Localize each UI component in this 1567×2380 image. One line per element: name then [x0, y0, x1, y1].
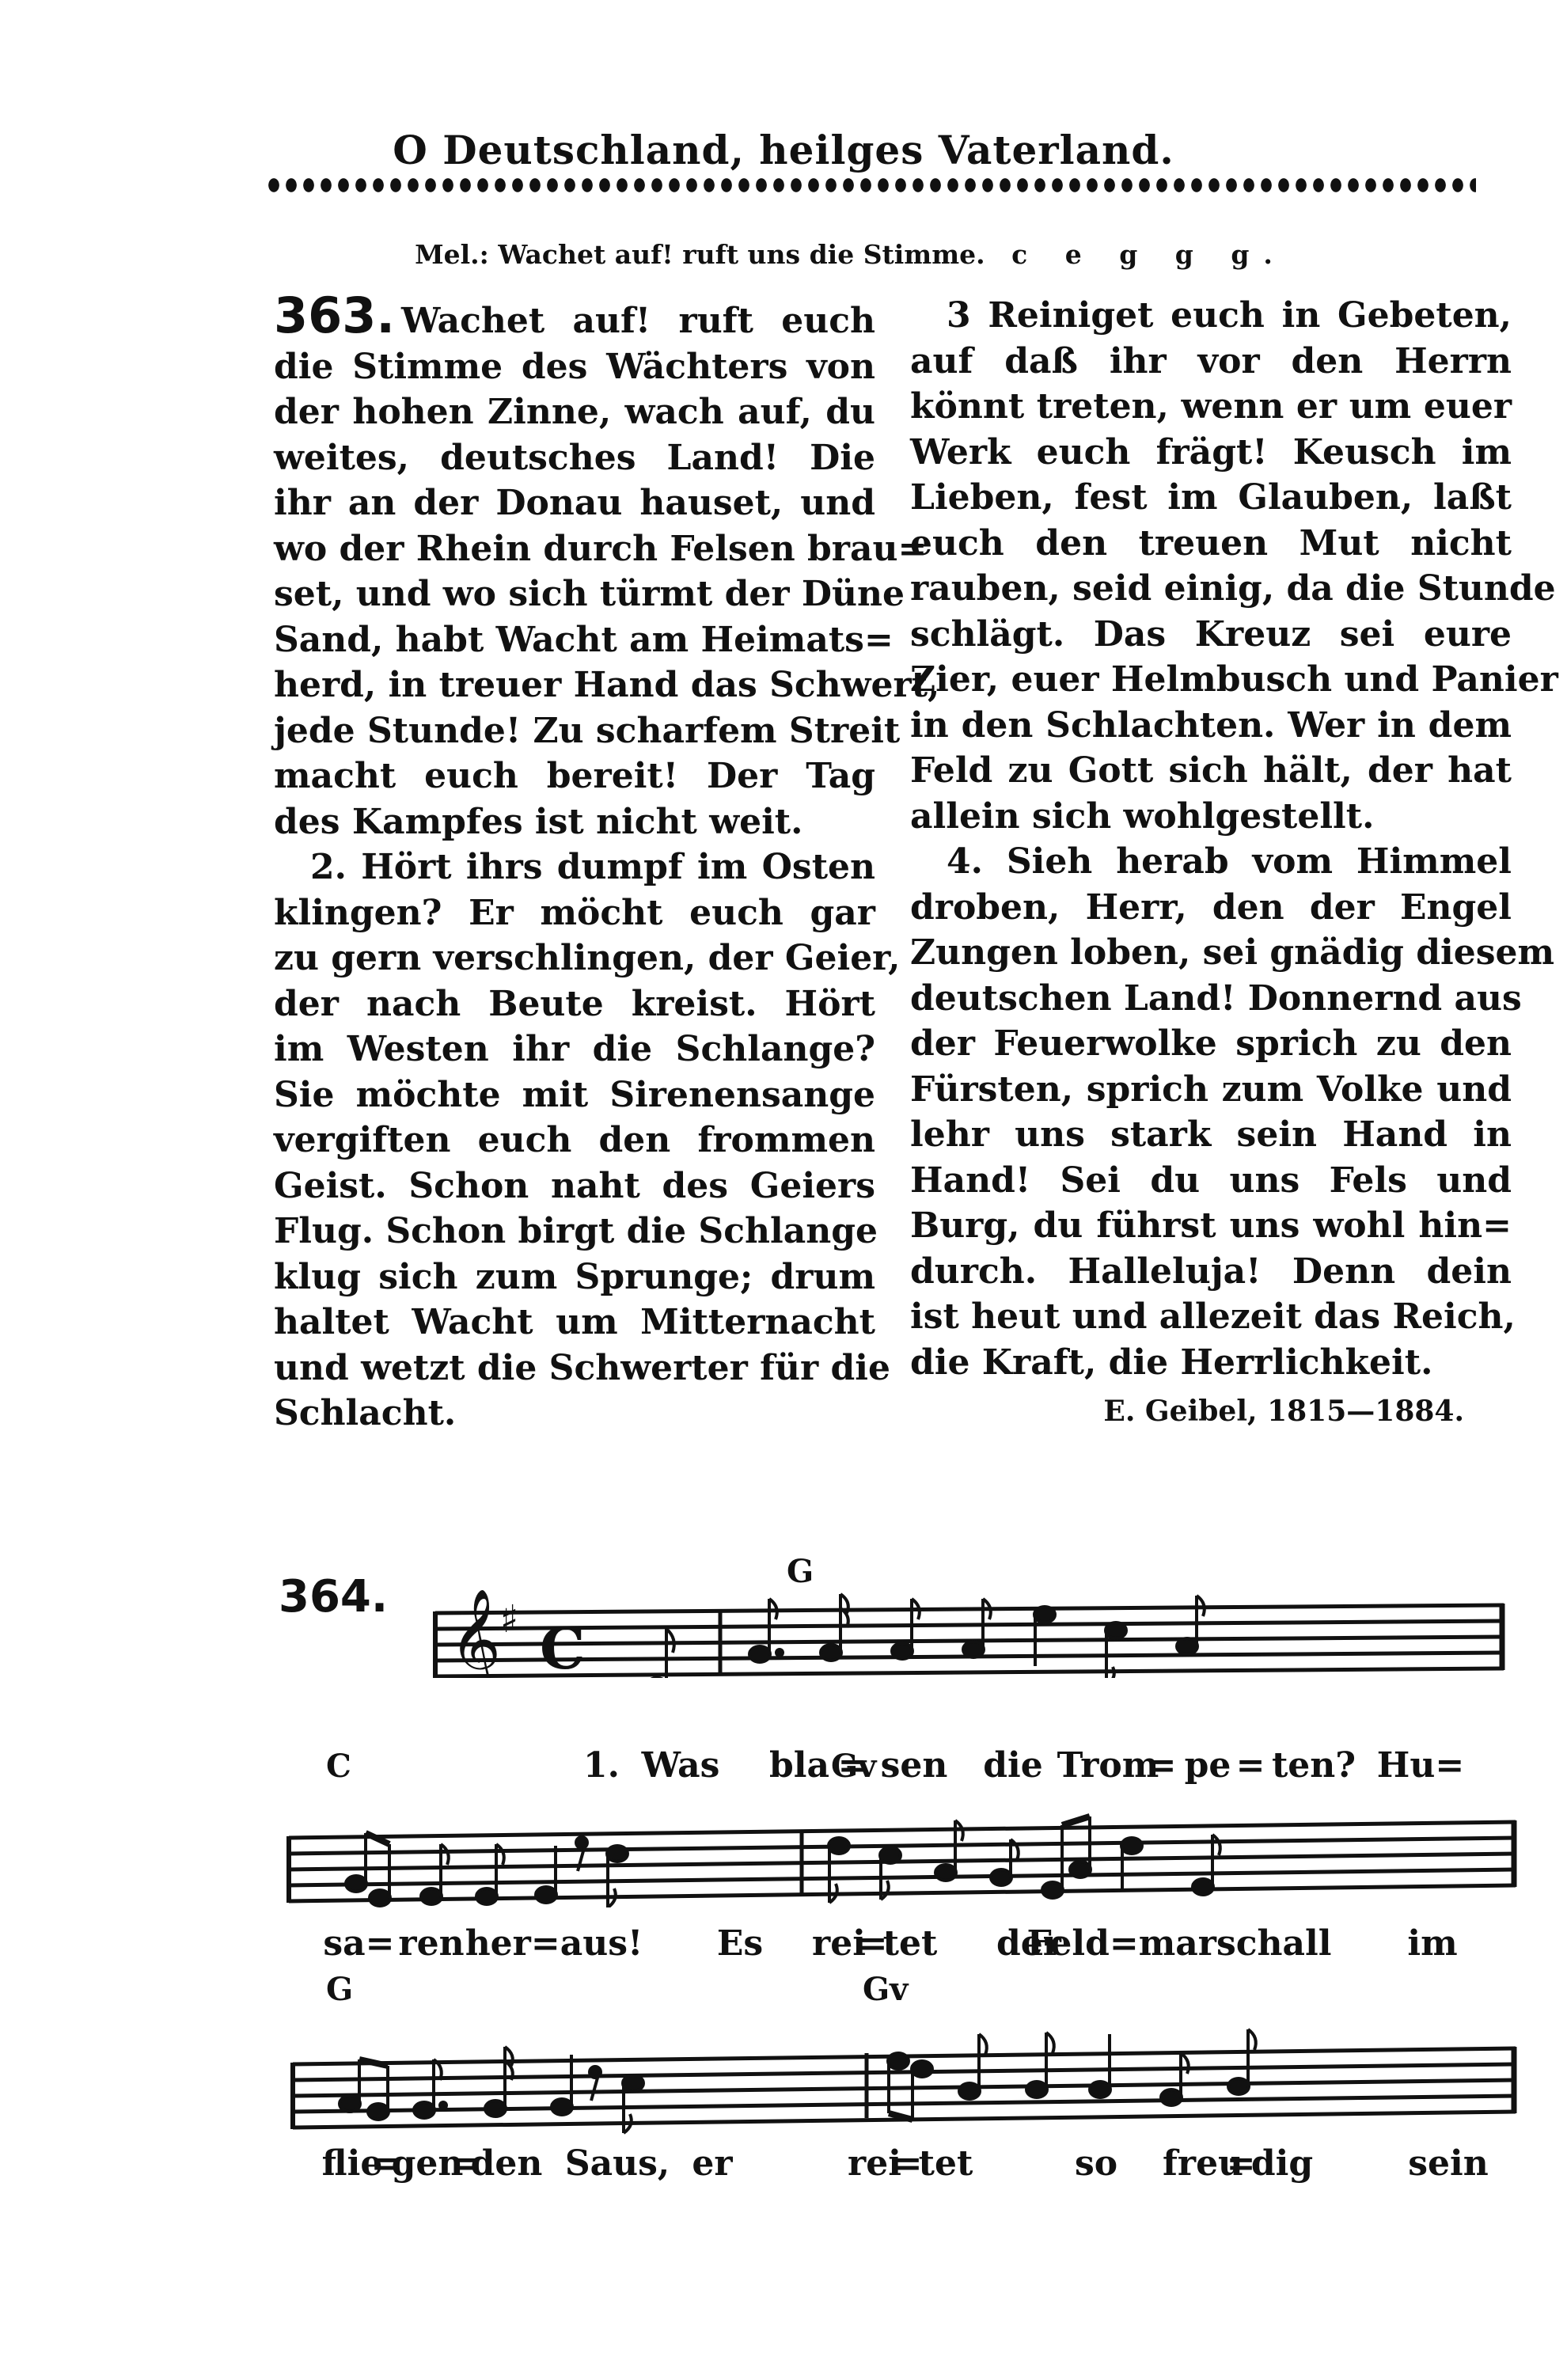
common-time-icon: C	[540, 1615, 585, 1678]
text-line-content: Feld zu Gott sich hält, der hat	[910, 750, 1512, 791]
text-line-content: der Feuerwolke sprich zu den	[910, 1023, 1512, 1064]
lyric-syllable: Was	[642, 1745, 720, 1786]
text-line: herd, in treuer Hand das Schwert,	[274, 662, 875, 708]
text-line-content: schlägt. Das Kreuz sei eure	[910, 614, 1512, 655]
text-line: Sie möchte mit Sirenensange	[274, 1072, 875, 1118]
text-line: Zier, euer Helmbusch und Panier	[910, 657, 1512, 703]
lyric-syllable: Saus,	[565, 2143, 670, 2184]
hymn-363-right-column: 3 Reiniget euch in Gebeten,auf daß ihr v…	[910, 293, 1512, 1385]
text-line: Werk euch frägt! Keusch im	[910, 430, 1512, 476]
music-staff-system-3	[285, 2002, 1527, 2137]
text-line-content: wo der Rhein durch Felsen brau=	[274, 529, 927, 569]
text-line-content: Burg, du führst uns wohl hin=	[910, 1205, 1512, 1246]
lyric-syllable: sen	[881, 1745, 948, 1786]
lyric-syllable: die	[983, 1745, 1042, 1786]
text-line: allein sich wohlgestellt.	[910, 794, 1512, 840]
text-line: 4. Sieh herab vom Himmel	[910, 839, 1512, 885]
text-line: 3 Reiniget euch in Gebeten,	[910, 293, 1512, 339]
chord-symbol: G	[787, 1553, 814, 1590]
text-line: Burg, du führst uns wohl hin=	[910, 1203, 1512, 1249]
text-line: lehr uns stark sein Hand in	[910, 1112, 1512, 1158]
author-credit: E. Geibel, 1815—1884.	[910, 1395, 1464, 1428]
text-line: Geist. Schon naht des Geiers	[274, 1163, 875, 1209]
text-line: klug sich zum Sprunge; drum	[274, 1255, 875, 1300]
lyric-syllable: sein	[1408, 2143, 1488, 2184]
text-line: durch. Halleluja! Denn dein	[910, 1249, 1512, 1295]
text-line: macht euch bereit! Der Tag	[274, 753, 875, 799]
text-line: schlägt. Das Kreuz sei eure	[910, 612, 1512, 658]
text-line: Sand, habt Wacht am Heimats=	[274, 617, 875, 663]
text-line-content: euch den treuen Mut nicht	[910, 523, 1512, 564]
page-title: O Deutschland, heilges Vaterland.	[0, 127, 1567, 173]
text-line-content: Flug. Schon birgt die Schlange	[274, 1211, 878, 1251]
text-line-content: die Stimme des Wächters von	[274, 347, 875, 387]
text-line-content: durch. Halleluja! Denn dein	[910, 1251, 1512, 1292]
text-line-content: die Kraft, die Herrlichkeit.	[910, 1342, 1432, 1383]
text-line-content: Sand, habt Wacht am Heimats=	[274, 620, 894, 660]
text-line: auf daß ihr vor den Herrn	[910, 339, 1512, 385]
text-line-content: in den Schlachten. Wer in dem	[910, 705, 1512, 746]
chord-symbol: Gv	[831, 1748, 876, 1785]
text-line-content: herd, in treuer Hand das Schwert,	[274, 665, 939, 705]
text-line: Hand! Sei du uns Fels und	[910, 1158, 1512, 1204]
text-line-content: könnt treten, wenn er um euer	[910, 386, 1512, 427]
text-line-content: klingen? Er möcht euch gar	[274, 893, 875, 933]
text-line: weites, deutsches Land! Die	[274, 435, 875, 481]
melody-reference: Mel.: Wachet auf! ruft uns die Stimme. c…	[0, 239, 1567, 270]
text-line: der hohen Zinne, wach auf, du	[274, 389, 875, 435]
text-line-content: deutschen Land! Donnernd aus	[910, 978, 1522, 1019]
lyric-syllable: her=aus!	[465, 1923, 643, 1964]
lyrics-system-2: sa=renher=aus!Esrei=tetderFeld=marschall…	[0, 1923, 1567, 1971]
text-line: euch den treuen Mut nicht	[910, 521, 1512, 567]
text-line: könnt treten, wenn er um euer	[910, 384, 1512, 430]
text-line-content: set, und wo sich türmt der Düne	[274, 574, 905, 614]
text-line: wo der Rhein durch Felsen brau=	[274, 526, 875, 572]
melody-reference-notes: c e g g g.	[1011, 239, 1287, 270]
hymn-364-number: 364.	[279, 1571, 388, 1623]
text-line: rauben, seid einig, da die Stunde	[910, 566, 1512, 612]
text-line-content: haltet Wacht um Mitternacht	[274, 1302, 875, 1342]
lyric-syllable: dig	[1251, 2143, 1313, 2184]
dotted-divider	[265, 176, 1476, 195]
text-line: Feld zu Gott sich hält, der hat	[910, 748, 1512, 794]
text-line-content: jede Stunde! Zu scharfem Streit	[274, 711, 900, 751]
text-line: Zungen loben, sei gnädig diesem	[910, 930, 1512, 976]
text-line: zu gern verschlingen, der Geier,	[274, 936, 875, 981]
text-line-content: ihr an der Donau hauset, und	[274, 483, 875, 523]
text-line-content: ist heut und allezeit das Reich,	[910, 1296, 1516, 1337]
lyric-syllable: so	[1075, 2143, 1117, 2184]
text-line: und wetzt die Schwerter für die	[274, 1346, 875, 1391]
lyric-syllable: pe	[1185, 1745, 1231, 1786]
text-line-content: rauben, seid einig, da die Stunde	[910, 568, 1556, 609]
text-line-content: macht euch bereit! Der Tag	[274, 756, 875, 796]
text-line: Fürsten, sprich zum Volke und	[910, 1067, 1512, 1113]
text-line: der Feuerwolke sprich zu den	[910, 1021, 1512, 1067]
text-line: im Westen ihr die Schlange?	[274, 1027, 875, 1072]
text-line: Flug. Schon birgt die Schlange	[274, 1209, 875, 1255]
text-line: jede Stunde! Zu scharfem Streit	[274, 708, 875, 754]
lyric-syllable: ren	[398, 1923, 464, 1964]
text-line-content: Schlacht.	[274, 1393, 456, 1433]
text-line-content: Sie möchte mit Sirenensange	[274, 1075, 875, 1115]
text-line-content: des Kampfes ist nicht weit.	[274, 802, 802, 842]
text-line: ist heut und allezeit das Reich,	[910, 1294, 1512, 1340]
text-line: die Kraft, die Herrlichkeit.	[910, 1340, 1512, 1386]
lyrics-system-3: flie=gen=denSaus,errei=tetsofreu=digsein	[0, 2143, 1567, 2191]
chord-symbol: C	[326, 1748, 351, 1785]
text-line-content: klug sich zum Sprunge; drum	[274, 1257, 875, 1297]
text-line: set, und wo sich türmt der Düne	[274, 571, 875, 617]
text-line: 363.Wachet auf! ruft euch	[274, 293, 875, 344]
text-line: vergiften euch den frommen	[274, 1118, 875, 1163]
treble-clef-icon: 𝄞	[450, 1588, 501, 1678]
lyric-syllable: =	[366, 1923, 395, 1964]
text-line-content: 3 Reiniget euch in Gebeten,	[947, 295, 1512, 336]
text-line-content: zu gern verschlingen, der Geier,	[274, 938, 900, 978]
text-line: die Stimme des Wächters von	[274, 344, 875, 390]
text-line-content: auf daß ihr vor den Herrn	[910, 341, 1512, 381]
text-line: droben, Herr, den der Engel	[910, 885, 1512, 931]
text-line-content: der hohen Zinne, wach auf, du	[274, 392, 875, 432]
hymn-363-number: 363.	[274, 287, 395, 344]
lyric-syllable: Feld=marschall	[1027, 1923, 1332, 1964]
lyric-syllable: er	[692, 2143, 732, 2184]
chord-symbol: G	[326, 1971, 353, 2008]
text-line-content: 2. Hört ihrs dumpf im Osten	[310, 847, 875, 887]
text-line-content: Hand! Sei du uns Fels und	[910, 1160, 1512, 1201]
melody-reference-label: Mel.: Wachet auf! ruft uns die Stimme.	[415, 239, 985, 270]
lyric-syllable: bla	[769, 1745, 829, 1786]
text-line-content: allein sich wohlgestellt.	[910, 796, 1374, 837]
text-line: Schlacht.	[274, 1391, 875, 1437]
text-line-content: im Westen ihr die Schlange?	[274, 1029, 875, 1069]
text-line-content: weites, deutsches Land! Die	[274, 438, 875, 478]
text-line: deutschen Land! Donnernd aus	[910, 976, 1512, 1022]
text-line: 2. Hört ihrs dumpf im Osten	[274, 845, 875, 890]
hymn-363-left-column: 363.Wachet auf! ruft euchdie Stimme des …	[274, 293, 875, 1437]
lyric-syllable: tet	[883, 1923, 938, 1964]
text-line-content: der nach Beute kreist. Hört	[274, 984, 875, 1024]
sharp-icon: ♯	[500, 1597, 518, 1642]
text-line: Lieben, fest im Glauben, laßt	[910, 475, 1512, 521]
text-line-content: 4. Sieh herab vom Himmel	[947, 841, 1512, 882]
text-line-content: Lieben, fest im Glauben, laßt	[910, 477, 1512, 518]
lyric-syllable: =	[1236, 1745, 1265, 1786]
chord-symbol: Gv	[863, 1971, 908, 2008]
lyric-syllable: =	[1148, 1745, 1177, 1786]
text-line-content: Zungen loben, sei gnädig diesem	[910, 932, 1554, 973]
text-line: ihr an der Donau hauset, und	[274, 480, 875, 526]
text-line-content: Geist. Schon naht des Geiers	[274, 1166, 875, 1206]
lyric-syllable: im	[1407, 1923, 1457, 1964]
lyric-syllable: ten?	[1272, 1745, 1356, 1786]
text-line: in den Schlachten. Wer in dem	[910, 703, 1512, 749]
text-line: haltet Wacht um Mitternacht	[274, 1300, 875, 1346]
text-line: klingen? Er möcht euch gar	[274, 890, 875, 936]
lyric-syllable: Es	[717, 1923, 763, 1964]
lyric-syllable: Trom	[1057, 1745, 1159, 1786]
lyric-syllable: 1.	[583, 1745, 620, 1786]
music-staff-system-1: 𝄞 ♯ C	[427, 1535, 1527, 1678]
text-line-content: Zier, euer Helmbusch und Panier	[910, 659, 1558, 700]
text-line-content: Werk euch frägt! Keusch im	[910, 432, 1512, 473]
lyric-syllable: Hu=	[1377, 1745, 1464, 1786]
text-line-content: Wachet auf! ruft euch	[401, 301, 875, 341]
text-line: der nach Beute kreist. Hört	[274, 981, 875, 1027]
lyric-syllable: den	[471, 2143, 543, 2184]
music-staff-system-2	[285, 1781, 1527, 1907]
text-line-content: droben, Herr, den der Engel	[910, 887, 1512, 928]
text-line-content: Fürsten, sprich zum Volke und	[910, 1069, 1512, 1110]
text-line-content: und wetzt die Schwerter für die	[274, 1348, 890, 1388]
lyric-syllable: sa	[323, 1923, 365, 1964]
lyric-syllable: tet	[919, 2143, 973, 2184]
text-line-content: vergiften euch den frommen	[274, 1120, 875, 1160]
text-line-content: lehr uns stark sein Hand in	[910, 1114, 1512, 1155]
text-line: des Kampfes ist nicht weit.	[274, 799, 875, 845]
